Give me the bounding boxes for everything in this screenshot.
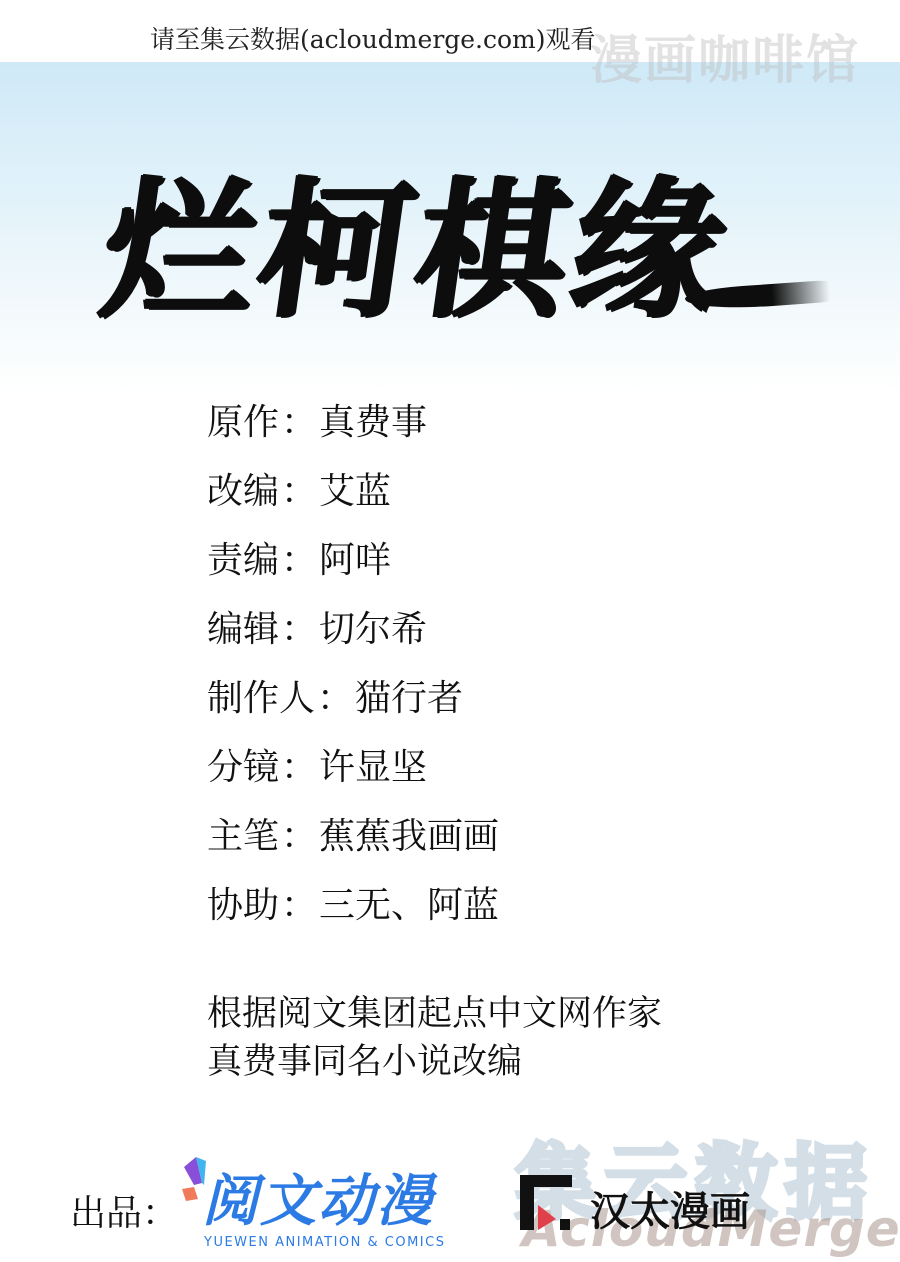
credit-row-lead-artist: 主笔：蕉蕉我画画 <box>207 811 499 880</box>
credit-role: 制作人 <box>207 673 315 725</box>
credit-role: 分镜 <box>207 742 279 794</box>
yuewen-logo-subtitle: YUEWEN ANIMATION & COMICS <box>204 1235 445 1250</box>
comic-title: 烂柯棋缘 <box>105 150 835 350</box>
credit-row-editor: 编辑：切尔希 <box>207 604 499 673</box>
credit-name: 猫行者 <box>355 678 463 719</box>
source-attribution: 根据阅文集团起点中文网作家 真费事同名小说改编 <box>207 990 662 1086</box>
credit-separator: ： <box>279 811 319 863</box>
source-line-1: 根据阅文集团起点中文网作家 <box>207 990 662 1038</box>
credit-row-assistants: 协助：三无、阿蓝 <box>207 880 499 949</box>
credit-role: 改编 <box>207 466 279 518</box>
credit-name: 三无、阿蓝 <box>319 885 499 926</box>
credit-role: 原作 <box>207 397 279 449</box>
credit-row-storyboard: 分镜：许显坚 <box>207 742 499 811</box>
source-line-2: 真费事同名小说改编 <box>207 1038 662 1086</box>
credit-separator: ： <box>279 604 319 656</box>
watermark-top: 漫画咖啡馆 <box>590 18 860 93</box>
credit-name: 阿咩 <box>319 540 391 581</box>
credit-separator: ： <box>279 535 319 587</box>
yuewen-logo-text: 阅文动漫 <box>202 1157 434 1237</box>
credit-name: 蕉蕉我画画 <box>319 816 499 857</box>
credit-row-adaptation: 改编：艾蓝 <box>207 466 499 535</box>
credit-separator: ： <box>279 742 319 794</box>
credit-name: 真费事 <box>319 402 427 443</box>
source-notice: 请至集云数据(acloudmerge.com)观看 <box>150 20 596 60</box>
hantai-logo-text: 汉太漫画 <box>590 1180 750 1237</box>
yuewen-logo: 阅文动漫 YUEWEN ANIMATION & COMICS <box>180 1155 460 1255</box>
credit-row-producer: 制作人：猫行者 <box>207 673 499 742</box>
credits-list: 原作：真费事 改编：艾蓝 责编：阿咩 编辑：切尔希 制作人：猫行者 分镜：许显坚… <box>207 397 499 949</box>
credit-separator: ： <box>279 397 319 449</box>
credit-separator: ： <box>279 466 319 518</box>
hantai-logo: 汉太漫画 <box>520 1170 800 1240</box>
hantai-mark-icon <box>520 1175 578 1230</box>
credit-row-original: 原作：真费事 <box>207 397 499 466</box>
publisher-label: 出品： <box>70 1185 178 1236</box>
credit-name: 艾蓝 <box>319 471 391 512</box>
credit-role: 责编 <box>207 535 279 587</box>
credit-role: 编辑 <box>207 604 279 656</box>
credit-separator: ： <box>315 673 355 725</box>
credit-separator: ： <box>279 880 319 932</box>
credit-name: 许显坚 <box>319 747 427 788</box>
credit-role: 协助 <box>207 880 279 932</box>
credit-role: 主笔 <box>207 811 279 863</box>
credit-row-chief-editor: 责编：阿咩 <box>207 535 499 604</box>
credit-name: 切尔希 <box>319 609 427 650</box>
title-calligraphy: 烂柯棋缘 <box>92 160 741 340</box>
